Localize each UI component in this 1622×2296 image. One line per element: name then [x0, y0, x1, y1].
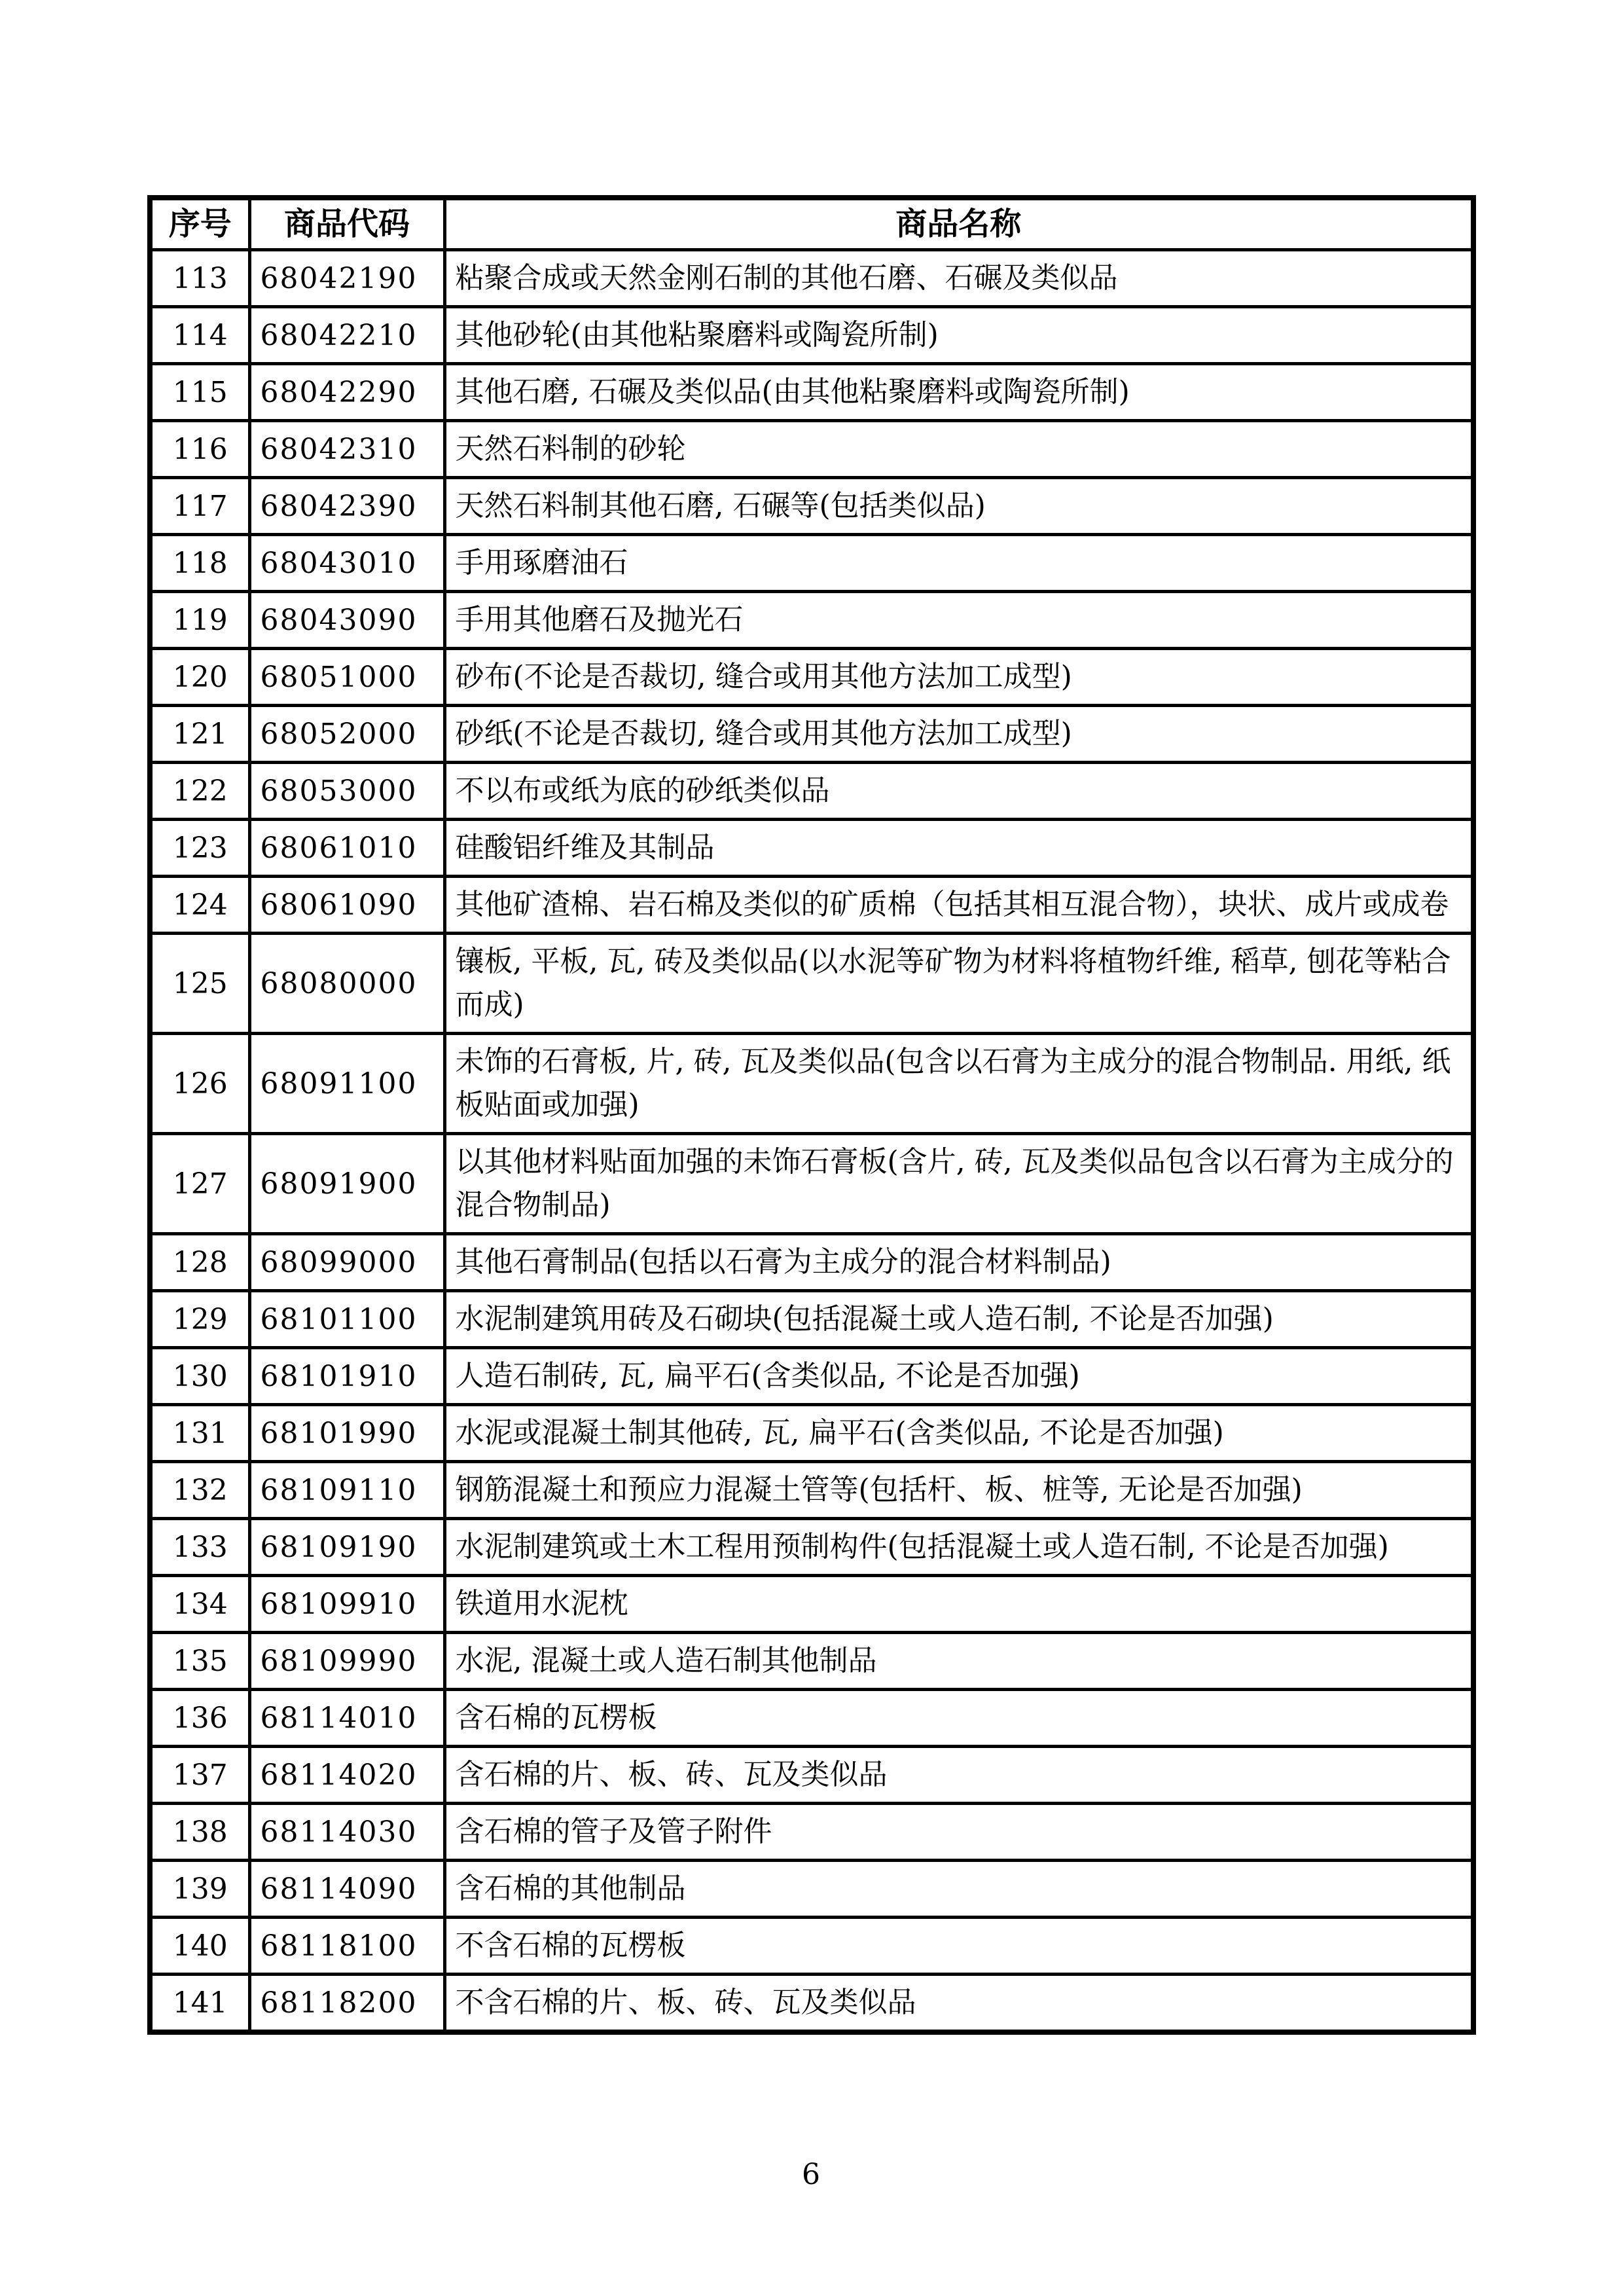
row-code-cell: 68109190 [249, 1519, 444, 1576]
table-row: 13668114010含石棉的瓦楞板 [150, 1690, 1473, 1747]
row-name-cell: 手用其他磨石及抛光石 [444, 592, 1473, 649]
goods-table: 序号 商品代码 商品名称 11368042190粘聚合成或天然金刚石制的其他石磨… [147, 195, 1476, 2035]
row-code-cell: 68051000 [249, 649, 444, 706]
row-index-cell: 117 [150, 478, 249, 535]
row-code-cell: 68043010 [249, 535, 444, 592]
row-code-cell: 68101990 [249, 1405, 444, 1462]
row-code-cell: 68091100 [249, 1034, 444, 1134]
col-header-index: 序号 [150, 198, 249, 250]
table-row: 12668091100未饰的石膏板, 片, 砖, 瓦及类似品(包含以石膏为主成分… [150, 1034, 1473, 1134]
table-row: 13268109110钢筋混凝土和预应力混凝土管等(包括杆、板、桩等, 无论是否… [150, 1462, 1473, 1519]
row-name-cell: 其他砂轮(由其他粘聚磨料或陶瓷所制) [444, 307, 1473, 364]
page-number: 6 [0, 2158, 1622, 2191]
row-index-cell: 122 [150, 763, 249, 820]
row-index-cell: 127 [150, 1134, 249, 1234]
col-header-code: 商品代码 [249, 198, 444, 250]
row-code-cell: 68042210 [249, 307, 444, 364]
header-row: 序号 商品代码 商品名称 [150, 198, 1473, 250]
row-code-cell: 68053000 [249, 763, 444, 820]
row-index-cell: 125 [150, 934, 249, 1034]
row-index-cell: 121 [150, 706, 249, 763]
row-index-cell: 113 [150, 250, 249, 307]
table-row: 12168052000砂纸(不论是否裁切, 缝合或用其他方法加工成型) [150, 706, 1473, 763]
row-code-cell: 68042190 [249, 250, 444, 307]
row-index-cell: 118 [150, 535, 249, 592]
row-name-cell: 铁道用水泥枕 [444, 1576, 1473, 1633]
row-name-cell: 砂纸(不论是否裁切, 缝合或用其他方法加工成型) [444, 706, 1473, 763]
row-code-cell: 68099000 [249, 1234, 444, 1291]
row-index-cell: 124 [150, 877, 249, 934]
table-header: 序号 商品代码 商品名称 [150, 198, 1473, 250]
row-index-cell: 114 [150, 307, 249, 364]
row-name-cell: 含石棉的瓦楞板 [444, 1690, 1473, 1747]
row-code-cell: 68080000 [249, 934, 444, 1034]
row-code-cell: 68061010 [249, 820, 444, 877]
row-code-cell: 68042310 [249, 421, 444, 478]
row-index-cell: 136 [150, 1690, 249, 1747]
table-row: 12968101100水泥制建筑用砖及石砌块(包括混凝土或人造石制, 不论是否加… [150, 1291, 1473, 1348]
row-code-cell: 68042290 [249, 364, 444, 421]
row-index-cell: 140 [150, 1918, 249, 1975]
row-code-cell: 68061090 [249, 877, 444, 934]
row-index-cell: 129 [150, 1291, 249, 1348]
row-code-cell: 68114010 [249, 1690, 444, 1747]
row-index-cell: 116 [150, 421, 249, 478]
row-code-cell: 68109910 [249, 1576, 444, 1633]
col-header-name: 商品名称 [444, 198, 1473, 250]
row-name-cell: 不含石棉的片、板、砖、瓦及类似品 [444, 1975, 1473, 2033]
row-code-cell: 68118100 [249, 1918, 444, 1975]
row-name-cell: 含石棉的其他制品 [444, 1861, 1473, 1918]
row-name-cell: 以其他材料贴面加强的未饰石膏板(含片, 砖, 瓦及类似品包含以石膏为主成分的混合… [444, 1134, 1473, 1234]
row-index-cell: 141 [150, 1975, 249, 2033]
row-name-cell: 水泥制建筑用砖及石砌块(包括混凝土或人造石制, 不论是否加强) [444, 1291, 1473, 1348]
table-row: 12268053000不以布或纸为底的砂纸类似品 [150, 763, 1473, 820]
row-index-cell: 137 [150, 1747, 249, 1804]
row-index-cell: 123 [150, 820, 249, 877]
row-name-cell: 镶板, 平板, 瓦, 砖及类似品(以水泥等矿物为材料将植物纤维, 稻草, 刨花等… [444, 934, 1473, 1034]
table-row: 12468061090其他矿渣棉、岩石棉及类似的矿质棉（包括其相互混合物），块状… [150, 877, 1473, 934]
row-code-cell: 68042390 [249, 478, 444, 535]
table-body: 11368042190粘聚合成或天然金刚石制的其他石磨、石碾及类似品114680… [150, 250, 1473, 2033]
row-code-cell: 68114030 [249, 1804, 444, 1861]
row-index-cell: 130 [150, 1348, 249, 1405]
table-row: 13968114090含石棉的其他制品 [150, 1861, 1473, 1918]
table-row: 13868114030含石棉的管子及管子附件 [150, 1804, 1473, 1861]
table-row: 14168118200不含石棉的片、板、砖、瓦及类似品 [150, 1975, 1473, 2033]
row-name-cell: 含石棉的管子及管子附件 [444, 1804, 1473, 1861]
row-name-cell: 水泥, 混凝土或人造石制其他制品 [444, 1633, 1473, 1690]
row-index-cell: 131 [150, 1405, 249, 1462]
row-name-cell: 其他矿渣棉、岩石棉及类似的矿质棉（包括其相互混合物），块状、成片或成卷 [444, 877, 1473, 934]
row-code-cell: 68114020 [249, 1747, 444, 1804]
table-row: 14068118100不含石棉的瓦楞板 [150, 1918, 1473, 1975]
row-index-cell: 120 [150, 649, 249, 706]
row-name-cell: 水泥或混凝土制其他砖, 瓦, 扁平石(含类似品, 不论是否加强) [444, 1405, 1473, 1462]
table-row: 13568109990水泥, 混凝土或人造石制其他制品 [150, 1633, 1473, 1690]
row-name-cell: 粘聚合成或天然金刚石制的其他石磨、石碾及类似品 [444, 250, 1473, 307]
row-name-cell: 其他石膏制品(包括以石膏为主成分的混合材料制品) [444, 1234, 1473, 1291]
table-row: 11468042210其他砂轮(由其他粘聚磨料或陶瓷所制) [150, 307, 1473, 364]
row-name-cell: 砂布(不论是否裁切, 缝合或用其他方法加工成型) [444, 649, 1473, 706]
row-code-cell: 68043090 [249, 592, 444, 649]
row-code-cell: 68118200 [249, 1975, 444, 2033]
row-name-cell: 手用琢磨油石 [444, 535, 1473, 592]
table-row: 11968043090手用其他磨石及抛光石 [150, 592, 1473, 649]
table-row: 12368061010硅酸铝纤维及其制品 [150, 820, 1473, 877]
row-index-cell: 133 [150, 1519, 249, 1576]
row-name-cell: 人造石制砖, 瓦, 扁平石(含类似品, 不论是否加强) [444, 1348, 1473, 1405]
document-page: 序号 商品代码 商品名称 11368042190粘聚合成或天然金刚石制的其他石磨… [0, 0, 1622, 2296]
row-index-cell: 139 [150, 1861, 249, 1918]
table-row: 11668042310天然石料制的砂轮 [150, 421, 1473, 478]
row-name-cell: 天然石料制的砂轮 [444, 421, 1473, 478]
row-index-cell: 115 [150, 364, 249, 421]
row-name-cell: 天然石料制其他石磨, 石碾等(包括类似品) [444, 478, 1473, 535]
row-name-cell: 未饰的石膏板, 片, 砖, 瓦及类似品(包含以石膏为主成分的混合物制品. 用纸,… [444, 1034, 1473, 1134]
row-code-cell: 68109110 [249, 1462, 444, 1519]
table-row: 11868043010手用琢磨油石 [150, 535, 1473, 592]
table-row: 13168101990水泥或混凝土制其他砖, 瓦, 扁平石(含类似品, 不论是否… [150, 1405, 1473, 1462]
table-row: 13368109190水泥制建筑或土木工程用预制构件(包括混凝土或人造石制, 不… [150, 1519, 1473, 1576]
table-row: 12768091900以其他材料贴面加强的未饰石膏板(含片, 砖, 瓦及类似品包… [150, 1134, 1473, 1234]
row-name-cell: 钢筋混凝土和预应力混凝土管等(包括杆、板、桩等, 无论是否加强) [444, 1462, 1473, 1519]
row-name-cell: 硅酸铝纤维及其制品 [444, 820, 1473, 877]
table-row: 12868099000其他石膏制品(包括以石膏为主成分的混合材料制品) [150, 1234, 1473, 1291]
table-row: 13068101910人造石制砖, 瓦, 扁平石(含类似品, 不论是否加强) [150, 1348, 1473, 1405]
row-code-cell: 68101100 [249, 1291, 444, 1348]
row-name-cell: 其他石磨, 石碾及类似品(由其他粘聚磨料或陶瓷所制) [444, 364, 1473, 421]
row-index-cell: 128 [150, 1234, 249, 1291]
row-code-cell: 68101910 [249, 1348, 444, 1405]
row-index-cell: 135 [150, 1633, 249, 1690]
row-code-cell: 68052000 [249, 706, 444, 763]
row-index-cell: 119 [150, 592, 249, 649]
row-index-cell: 132 [150, 1462, 249, 1519]
row-name-cell: 水泥制建筑或土木工程用预制构件(包括混凝土或人造石制, 不论是否加强) [444, 1519, 1473, 1576]
row-index-cell: 134 [150, 1576, 249, 1633]
row-name-cell: 不含石棉的瓦楞板 [444, 1918, 1473, 1975]
table-row: 12568080000镶板, 平板, 瓦, 砖及类似品(以水泥等矿物为材料将植物… [150, 934, 1473, 1034]
row-code-cell: 68091900 [249, 1134, 444, 1234]
row-code-cell: 68114090 [249, 1861, 444, 1918]
table-row: 11768042390天然石料制其他石磨, 石碾等(包括类似品) [150, 478, 1473, 535]
table-row: 11568042290其他石磨, 石碾及类似品(由其他粘聚磨料或陶瓷所制) [150, 364, 1473, 421]
table-row: 13468109910铁道用水泥枕 [150, 1576, 1473, 1633]
row-code-cell: 68109990 [249, 1633, 444, 1690]
row-name-cell: 含石棉的片、板、砖、瓦及类似品 [444, 1747, 1473, 1804]
table-row: 12068051000砂布(不论是否裁切, 缝合或用其他方法加工成型) [150, 649, 1473, 706]
table-row: 11368042190粘聚合成或天然金刚石制的其他石磨、石碾及类似品 [150, 250, 1473, 307]
row-index-cell: 126 [150, 1034, 249, 1134]
row-name-cell: 不以布或纸为底的砂纸类似品 [444, 763, 1473, 820]
row-index-cell: 138 [150, 1804, 249, 1861]
table-row: 13768114020含石棉的片、板、砖、瓦及类似品 [150, 1747, 1473, 1804]
